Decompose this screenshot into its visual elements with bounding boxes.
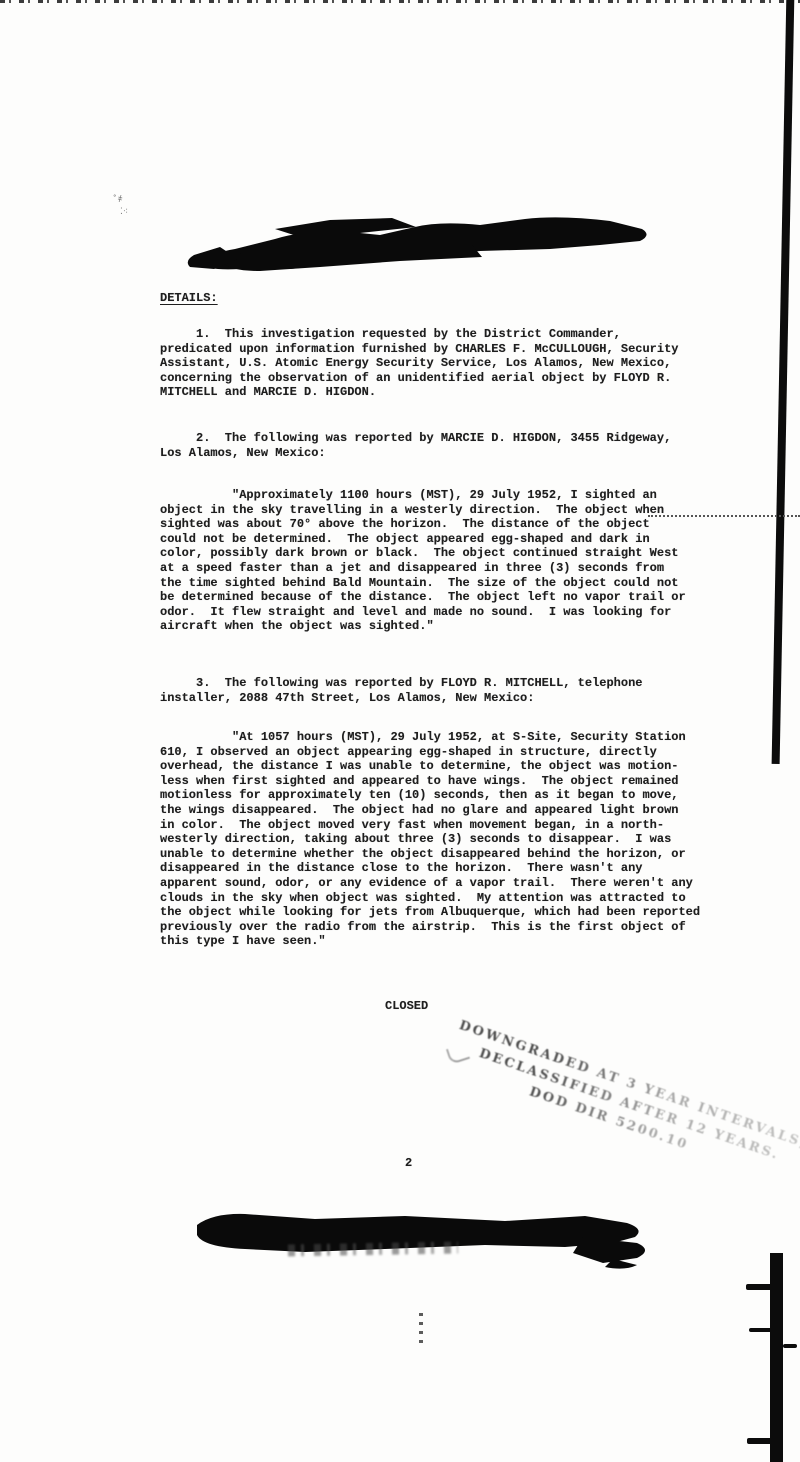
- stamp-line-declassified: DECLASSIFIED AFTER 12 YEARS.: [477, 1046, 800, 1171]
- speck-artifact: ˚҂: [112, 196, 123, 205]
- closed-status-label: CLOSED: [385, 999, 428, 1014]
- binding-tick-mark: [747, 1438, 773, 1444]
- binding-tick-mark: [746, 1284, 774, 1290]
- paragraph-mitchell-intro: 3. The following was reported by FLOYD R…: [160, 676, 642, 705]
- declassification-stamp: DOWNGRADED AT 3 YEAR INTERVALS; DECLASSI…: [444, 1018, 800, 1190]
- redaction-bar-bottom: [185, 1203, 655, 1273]
- page-number: 2: [405, 1156, 412, 1171]
- scan-edge-bar-right-upper: [772, 0, 795, 764]
- scan-edge-artifact-top: [0, 0, 800, 3]
- witness-statement-higdon: "Approximately 1100 hours (MST), 29 July…: [160, 488, 686, 634]
- speck-artifact: ⁚⁖: [120, 208, 128, 217]
- witness-statement-mitchell: "At 1057 hours (MST), 29 July 1952, at S…: [160, 730, 700, 949]
- redaction-scribble-graphic: [180, 205, 660, 280]
- details-heading: DETAILS:: [160, 291, 218, 306]
- speck-artifact-column: [419, 1313, 423, 1345]
- scanned-document-page: ˚҂ ⁚⁖ DETAILS: 1. This investigation req…: [0, 0, 800, 1462]
- paragraph-higdon-intro: 2. The following was reported by MARCIE …: [160, 431, 671, 460]
- binding-tick-mark: [783, 1344, 797, 1348]
- paragraph-investigation-request: 1. This investigation requested by the D…: [160, 327, 678, 400]
- binding-tick-mark: [749, 1328, 773, 1332]
- redaction-bar-top: [180, 205, 660, 280]
- redaction-scribble-graphic: [185, 1203, 655, 1273]
